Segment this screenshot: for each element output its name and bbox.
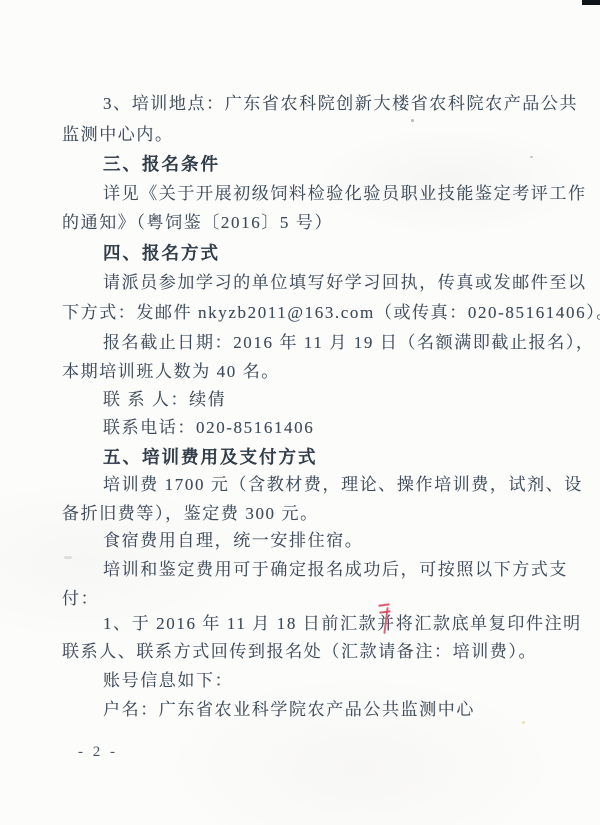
paragraph-line: 账号信息如下：	[103, 670, 233, 692]
section-heading: 四、报名方式	[103, 242, 220, 264]
red-correction-mark: 并	[377, 613, 396, 635]
paragraph-line: 付：	[62, 588, 99, 610]
text-segment: 1、于 2016 年 11 月 18 日前汇款	[103, 614, 377, 633]
paragraph-line: 详见《关于开展初级饲料检验化验员职业技能鉴定考评工作	[103, 183, 587, 205]
section-heading: 三、报名条件	[103, 153, 220, 175]
page-number: - 2 -	[78, 744, 118, 761]
paragraph-line: 请派员参加学习的单位填写好学习回执，传真或发邮件至以	[103, 272, 587, 294]
paragraph-line: 本期培训班人数为 40 名。	[62, 361, 280, 383]
scan-speck	[522, 721, 525, 724]
section-heading: 五、培训费用及支付方式	[103, 446, 318, 468]
paragraph-line: 培训费 1700 元（含教材费，理论、操作培训费，试剂、设	[103, 474, 583, 496]
contact-person-line: 联 系 人：续倩	[103, 389, 226, 411]
text-segment: 并	[377, 614, 396, 633]
paragraph-line: 培训和鉴定费用可于确定报名成功后，可按照以下方式支	[103, 559, 568, 581]
paragraph-line: 食宿费用自理，统一安排住宿。	[103, 530, 363, 552]
paragraph-line: 的通知》（粤饲鉴〔2016〕5 号）	[62, 212, 333, 234]
paragraph-line: 3、培训地点：广东省农科院创新大楼省农科院农产品公共	[103, 93, 578, 115]
scan-speck	[411, 119, 414, 122]
paragraph-line: 备折旧费等），鉴定费 300 元。	[62, 503, 319, 525]
text-segment: 将汇款底单复印件注明	[396, 614, 582, 633]
contact-phone-line: 联系电话：020-85161406	[103, 417, 314, 439]
scan-speck	[64, 556, 72, 559]
paragraph-line: 监测中心内。	[62, 124, 174, 146]
paragraph-line: 联系人、联系方式回传到报名处（汇款请备注：培训费）。	[62, 641, 537, 663]
paragraph-line: 下方式：发邮件 nkyzb2011@163.com（或传真：020-851614…	[62, 302, 600, 324]
scanned-document-page: 3、培训地点：广东省农科院创新大楼省农科院农产品公共 监测中心内。 三、报名条件…	[0, 0, 600, 825]
scan-artifact-corner	[582, 0, 600, 5]
scan-speck	[530, 156, 533, 158]
paragraph-line-with-correction: 1、于 2016 年 11 月 18 日前汇款并将汇款底单复印件注明	[103, 613, 582, 635]
paragraph-line: 报名截止日期：2016 年 11 月 19 日（名额满即截止报名），	[103, 332, 595, 354]
account-name-line: 户名：广东省农业科学院农产品公共监测中心	[103, 699, 475, 721]
